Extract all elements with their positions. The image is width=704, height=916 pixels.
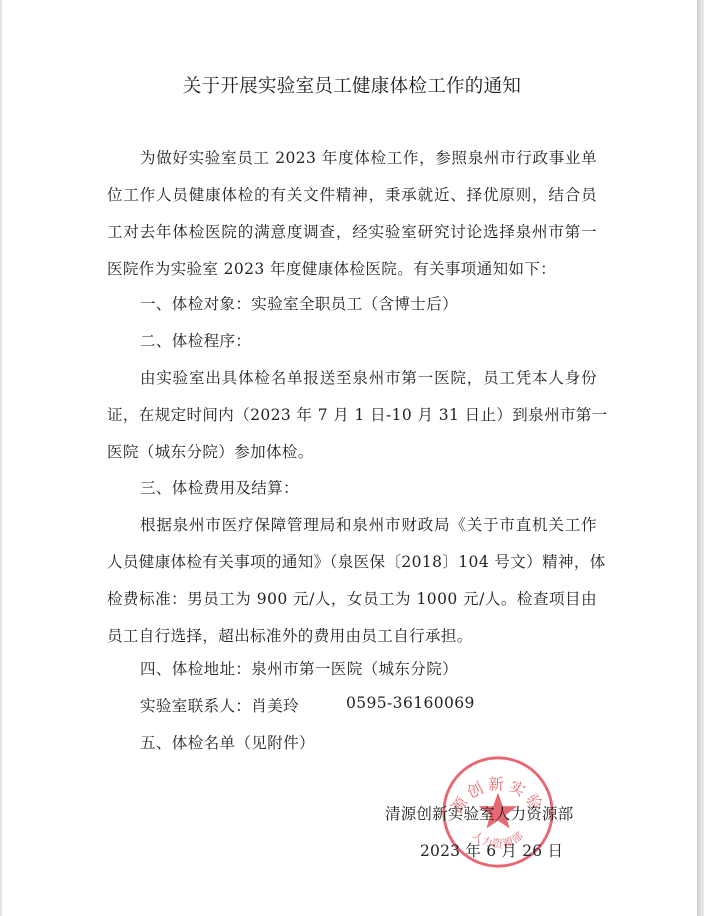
section-2-line-2: 证，在规定时间内（2023 年 7 月 1 日-10 月 31 日止）到泉州市第… xyxy=(107,403,597,425)
section-3-line-4: 员工自行选择，超出标准外的费用由员工自行承担。 xyxy=(107,624,473,646)
section-3-line-1: 根据泉州市医疗保障管理局和泉州市财政局《关于市直机关工作 xyxy=(140,513,597,535)
section-4: 四、体检地址：泉州市第一医院（城东分院） xyxy=(140,657,458,679)
contact-label: 实验室联系人：肖美玲 xyxy=(140,694,299,716)
signature-date: 2023 年 6 月 26 日 xyxy=(420,839,563,861)
document-title: 关于开展实验室员工健康体检工作的通知 xyxy=(0,72,704,98)
section-2-line-1: 由实验室出具体检名单报送至泉州市第一医院，员工凭本人身份 xyxy=(140,366,597,388)
section-2-line-3: 医院（城东分院）参加体检。 xyxy=(107,440,314,462)
intro-line-4: 医院作为实验室 2023 年度健康体检医院。有关事项通知如下： xyxy=(107,257,556,279)
section-2-heading: 二、体检程序： xyxy=(140,329,251,351)
intro-line-1: 为做好实验室员工 2023 年度体检工作，参照泉州市行政事业单 xyxy=(140,146,597,168)
signature-department: 清源创新实验室人力资源部 xyxy=(385,802,573,824)
section-3-line-3: 检费标准：男员工为 900 元/人，女员工为 1000 元/人。检查项目由 xyxy=(107,587,597,609)
page-edge-left xyxy=(0,0,2,916)
section-3-heading: 三、体检费用及结算： xyxy=(140,476,299,498)
intro-line-2: 位工作人员健康体检的有关文件精神，秉承就近、择优原则，结合员 xyxy=(107,183,597,205)
contact-phone: 0595-36160069 xyxy=(346,694,475,712)
page-edge-right xyxy=(697,0,704,916)
section-3-line-2: 人员健康体检有关事项的通知》（泉医保〔2018〕104 号文）精神，体 xyxy=(107,550,597,572)
section-5: 五、体检名单（见附件） xyxy=(140,731,315,753)
section-1: 一、体检对象：实验室全职员工（含博士后） xyxy=(140,292,458,314)
intro-line-3: 工对去年体检医院的满意度调查，经实验室研究讨论选择泉州市第一 xyxy=(107,220,597,242)
